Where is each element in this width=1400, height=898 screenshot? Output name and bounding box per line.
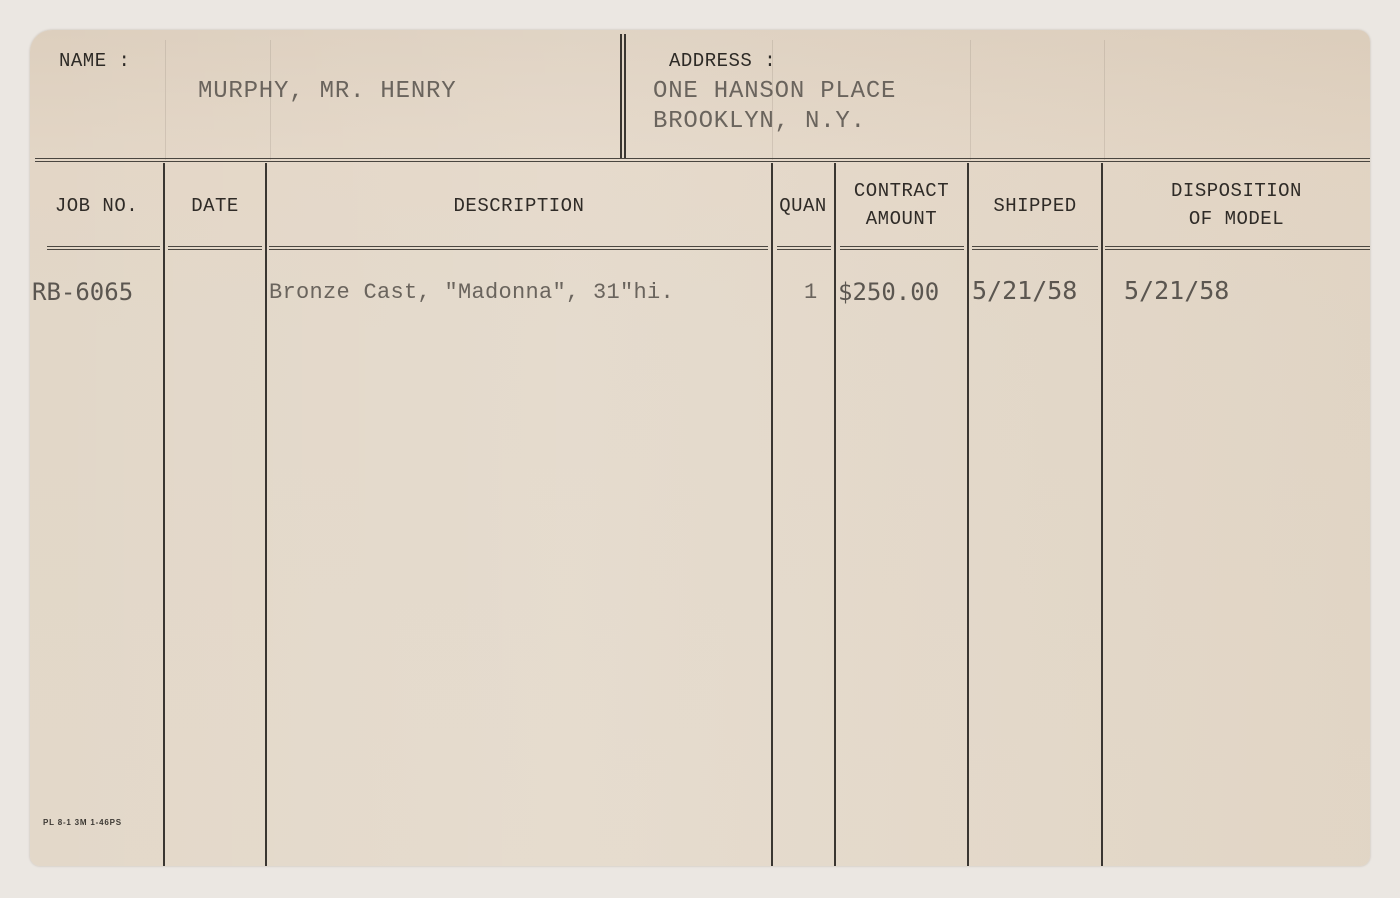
header-disposition-line2: OF MODEL bbox=[1103, 205, 1370, 233]
cell-job-no: RB-6065 bbox=[32, 278, 133, 306]
header-bottom-rule bbox=[840, 246, 964, 250]
header-bottom-rule bbox=[168, 246, 262, 250]
guide-line bbox=[165, 40, 166, 160]
header-bottom-rule bbox=[47, 246, 160, 250]
cell-quan: 1 bbox=[804, 280, 818, 305]
guide-line bbox=[970, 40, 971, 160]
header-job-no: JOB NO. bbox=[30, 192, 163, 220]
header-contract-line1: CONTRACT bbox=[836, 177, 967, 205]
header-shipped: SHIPPED bbox=[969, 192, 1101, 220]
name-label: NAME : bbox=[59, 50, 130, 72]
column-divider bbox=[771, 163, 773, 866]
header-contract-line2: AMOUNT bbox=[836, 205, 967, 233]
header-date: DATE bbox=[165, 192, 265, 220]
guide-line bbox=[1104, 40, 1105, 160]
print-code: PL 8-1 3M 1-46PS bbox=[43, 818, 122, 827]
address-line-2: BROOKLYN, N.Y. bbox=[653, 108, 866, 135]
header-bottom-rule bbox=[1105, 246, 1370, 250]
column-divider bbox=[265, 163, 267, 866]
address-line-1: ONE HANSON PLACE bbox=[653, 78, 896, 105]
header-bottom-rule bbox=[777, 246, 831, 250]
header-description: DESCRIPTION bbox=[267, 192, 771, 220]
name-value: MURPHY, MR. HENRY bbox=[198, 78, 456, 105]
cell-disposition: 5/21/58 bbox=[1124, 276, 1229, 305]
header-top-rule bbox=[35, 158, 1370, 162]
header-disposition: DISPOSITION OF MODEL bbox=[1103, 177, 1370, 233]
cell-description: Bronze Cast, "Madonna", 31"hi. bbox=[269, 280, 674, 305]
column-divider bbox=[1101, 163, 1103, 866]
header-bottom-rule bbox=[269, 246, 768, 250]
record-card: NAME : MURPHY, MR. HENRY ADDRESS : ONE H… bbox=[30, 30, 1370, 866]
header-contract-amount: CONTRACT AMOUNT bbox=[836, 177, 967, 233]
name-address-divider bbox=[620, 34, 622, 158]
header-disposition-line1: DISPOSITION bbox=[1103, 177, 1370, 205]
header-quan: QUAN bbox=[772, 192, 834, 220]
address-label: ADDRESS : bbox=[669, 50, 776, 72]
column-divider bbox=[163, 163, 165, 866]
cell-contract-amount: $250.00 bbox=[838, 278, 939, 306]
column-divider bbox=[967, 163, 969, 866]
header-bottom-rule bbox=[972, 246, 1098, 250]
column-divider bbox=[834, 163, 836, 866]
cell-shipped: 5/21/58 bbox=[972, 276, 1077, 305]
name-address-divider bbox=[624, 34, 626, 158]
